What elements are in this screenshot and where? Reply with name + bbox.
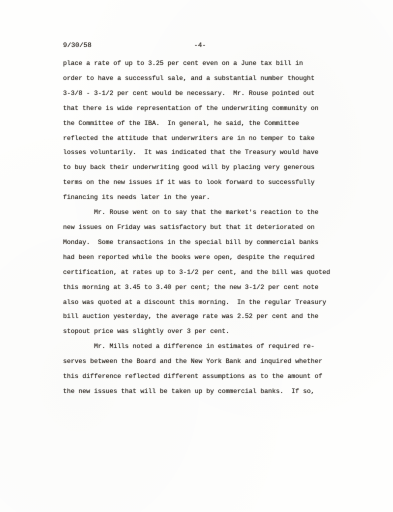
text-line: serves between the Board and the New Yor… bbox=[63, 355, 337, 370]
document-page: 9/30/58 -4- place a rate of up to 3.25 p… bbox=[0, 0, 393, 512]
page-number: -4- bbox=[194, 40, 206, 53]
text-line: reflected the attitude that underwriters… bbox=[63, 132, 337, 147]
text-line: new issues on Friday was satisfactory bu… bbox=[63, 221, 337, 236]
text-line: had been reported while the books were o… bbox=[63, 251, 337, 266]
text-line: this difference reflected different assu… bbox=[63, 370, 337, 385]
text-line: order to have a successful sale, and a s… bbox=[63, 72, 337, 87]
text-line: that there is wide representation of the… bbox=[63, 102, 337, 117]
text-line: Mr. Mills noted a difference in estimate… bbox=[63, 340, 337, 355]
text-line: losses voluntarily. It was indicated tha… bbox=[63, 146, 337, 161]
text-line: financing its needs later in the year. bbox=[63, 191, 337, 206]
document-content: 9/30/58 -4- place a rate of up to 3.25 p… bbox=[63, 40, 337, 400]
text-line: also was quoted at a discount this morni… bbox=[63, 296, 337, 311]
text-line: bill auction yesterday, the average rate… bbox=[63, 310, 337, 325]
document-header: 9/30/58 -4- bbox=[63, 40, 337, 53]
text-line: this morning at 3.45 to 3.40 per cent; t… bbox=[63, 281, 337, 296]
text-line: terms on the new issues if it was to loo… bbox=[63, 176, 337, 191]
text-line: Mr. Rouse went on to say that the market… bbox=[63, 206, 337, 221]
text-line: certification, at rates up to 3-1/2 per … bbox=[63, 266, 337, 281]
document-date: 9/30/58 bbox=[63, 40, 92, 53]
document-body: place a rate of up to 3.25 per cent even… bbox=[63, 57, 337, 400]
text-line: to buy back their underwriting good will… bbox=[63, 161, 337, 176]
text-line: place a rate of up to 3.25 per cent even… bbox=[63, 57, 337, 72]
text-line: stopout price was slightly over 3 per ce… bbox=[63, 325, 337, 340]
text-line: the new issues that will be taken up by … bbox=[63, 385, 337, 400]
text-line: 3-3/8 - 3-1/2 per cent would be necessar… bbox=[63, 87, 337, 102]
text-line: Monday. Some transactions in the special… bbox=[63, 236, 337, 251]
text-line: the Committee of the IBA. In general, he… bbox=[63, 117, 337, 132]
